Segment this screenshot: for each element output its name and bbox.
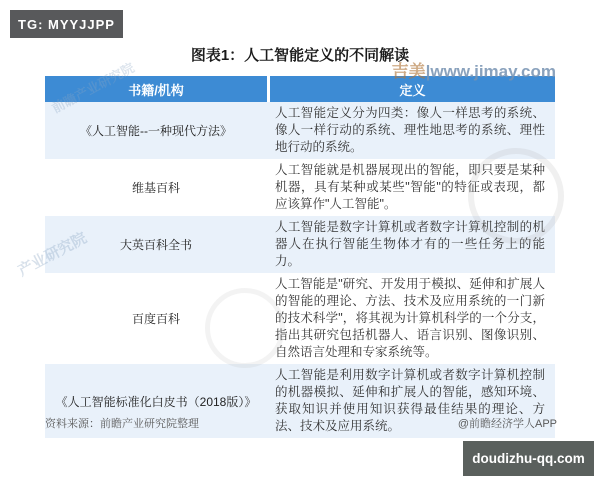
agency-watermark-circle: [205, 288, 285, 368]
source-cell: 《人工智能--一种现代方法》: [45, 102, 267, 159]
jimay-brand-text: 吉美: [392, 62, 426, 81]
definition-cell: 人工智能是"研究、开发用于模拟、延伸和扩展人的智能的理论、方法、技术及应用系统的…: [267, 273, 555, 364]
jimay-url-text: |www.jimay.com: [426, 62, 556, 81]
jimay-watermark: 吉美|www.jimay.com: [392, 57, 556, 82]
table-body: 《人工智能--一种现代方法》 人工智能定义分为四类：像人一样思考的系统、像人一样…: [45, 102, 555, 438]
table-row: 百度百科 人工智能是"研究、开发用于模拟、延伸和扩展人的智能的理论、方法、技术及…: [45, 273, 555, 364]
site-watermark-badge: doudizhu-qq.com: [463, 441, 594, 476]
table-row: 《人工智能--一种现代方法》 人工智能定义分为四类：像人一样思考的系统、像人一样…: [45, 102, 555, 159]
source-cell: 维基百科: [45, 159, 267, 216]
agency-watermark-circle: [468, 148, 564, 244]
credit-note: @前瞻经济学人APP: [458, 415, 557, 431]
tg-channel-badge: TG: MYYJJPP: [10, 10, 123, 38]
infographic-page: TG: MYYJJPP 图表1：人工智能定义的不同解读 吉美|www.jimay…: [0, 0, 600, 480]
definitions-table: 书籍/机构 定义 《人工智能--一种现代方法》 人工智能定义分为四类：像人一样思…: [45, 76, 555, 438]
data-source-note: 资料来源：前瞻产业研究院整理: [45, 415, 199, 431]
figure-footer: 资料来源：前瞻产业研究院整理 @前瞻经济学人APP: [45, 415, 557, 431]
